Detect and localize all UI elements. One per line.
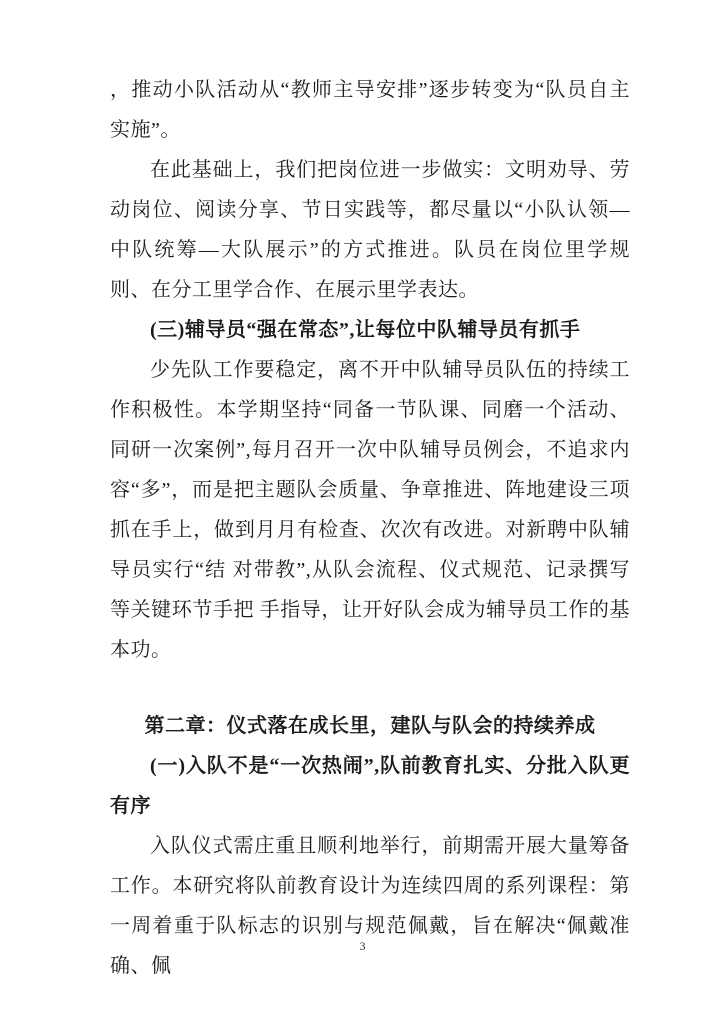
section-heading: (一)入队不是“一次热闹”,队前教育扎实、分批入队更有序	[110, 746, 630, 826]
section-heading: (三)辅导员“强在常态”,让每位中队辅导员有抓手	[110, 310, 630, 350]
paragraph: 少先队工作要稳定，离不开中队辅导员队伍的持续工作积极性。本学期坚持“同备一节队课…	[110, 350, 630, 670]
chapter-heading: 第二章：仪式落在成长里，建队与队会的持续养成	[110, 706, 630, 746]
document-page: ，推动小队活动从“教师主导安排”逐步转变为“队员自主实施”。在此基础上，我们把岗…	[0, 0, 725, 1024]
page-number: 3	[0, 939, 725, 954]
paragraph: 在此基础上，我们把岗位进一步做实：文明劝导、劳动岗位、阅读分享、节日实践等，都尽…	[110, 150, 630, 310]
paragraph: 入队仪式需庄重且顺利地举行，前期需开展大量筹备工作。本研究将队前教育设计为连续四…	[110, 826, 630, 986]
document-body: ，推动小队活动从“教师主导安排”逐步转变为“队员自主实施”。在此基础上，我们把岗…	[110, 70, 630, 986]
paragraph: ，推动小队活动从“教师主导安排”逐步转变为“队员自主实施”。	[110, 70, 630, 150]
